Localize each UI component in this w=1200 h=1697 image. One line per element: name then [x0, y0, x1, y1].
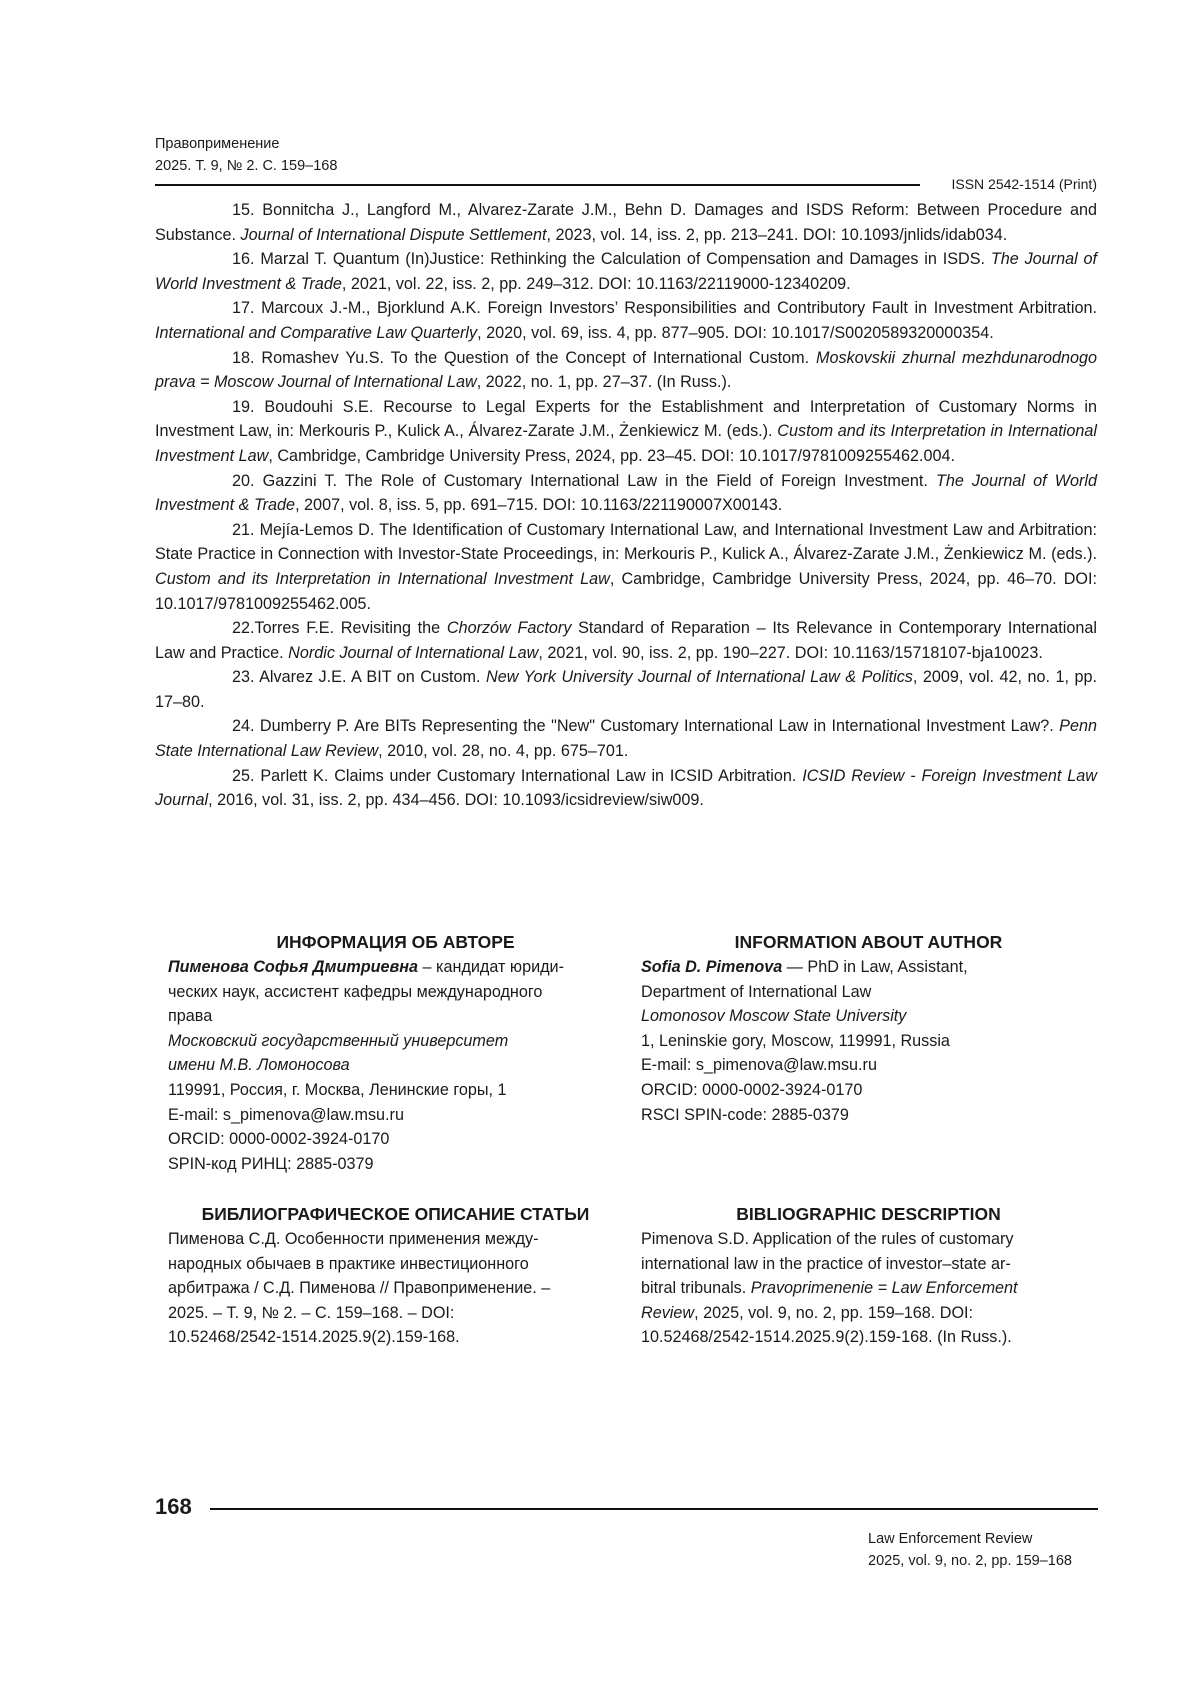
journal-name-cont: Review [641, 1304, 694, 1322]
biblio-text: bitral tribunals. [641, 1279, 751, 1297]
journal-title-ru: Правоприменение [155, 133, 337, 155]
orcid: ORCID: 0000-0002-3924-0170 [168, 1127, 623, 1152]
reference-number: 21. [232, 521, 260, 539]
header-rule [155, 184, 920, 186]
biblio-text: , 2025, vol. 9, no. 2, pp. 159–168. DOI: [694, 1304, 973, 1322]
reference-number: 24. [232, 717, 260, 735]
reference-text: , 2007, vol. 8, iss. 5, pp. 691–715. DOI… [295, 496, 782, 514]
reference-text: Parlett K. Claims under Customary Intern… [260, 767, 802, 785]
author-name: Пименова Софья Дмитриевна [168, 958, 418, 976]
orcid: ORCID: 0000-0002-3924-0170 [641, 1078, 1096, 1103]
reference-text: , 2021, vol. 22, iss. 2, pp. 249–312. DO… [342, 275, 851, 293]
reference-item: 24. Dumberry P. Are BITs Representing th… [155, 714, 1097, 763]
reference-item: 16. Marzal T. Quantum (In)Justice: Rethi… [155, 247, 1097, 296]
bibliographic-description-ru: БИБЛИОГРАФИЧЕСКОЕ ОПИСАНИЕ СТАТЬИ Пимено… [168, 1202, 623, 1350]
reference-list: 15. Bonnitcha J., Langford M., Alvarez-Z… [155, 198, 1097, 813]
biblio-line: international law in the practice of inv… [641, 1252, 1096, 1277]
reference-item: 20. Gazzini T. The Role of Customary Int… [155, 469, 1097, 518]
journal-name: Pravoprimenenie = Law Enforcement [751, 1279, 1018, 1297]
reference-item: 22.Torres F.E. Revisiting the Chorzów Fa… [155, 616, 1097, 665]
reference-text: Alvarez J.E. A BIT on Custom. [259, 668, 486, 686]
reference-source: New York University Journal of Internati… [486, 668, 913, 686]
reference-text: Marzal T. Quantum (In)Justice: Rethinkin… [260, 250, 991, 268]
biblio-line: народных обычаев в практике инвестиционн… [168, 1252, 623, 1277]
reference-text: , 2022, no. 1, pp. 27–37. (In Russ.). [477, 373, 732, 391]
author-name: Sofia D. Pimenova [641, 958, 782, 976]
address: 1, Leninskie gory, Moscow, 119991, Russi… [641, 1029, 1096, 1054]
reference-text: Torres F.E. Revisiting the [255, 619, 447, 637]
university: Московский государственный университет [168, 1029, 623, 1054]
biblio-line: арбитража / С.Д. Пименова // Правопримен… [168, 1276, 623, 1301]
issue-info-en: 2025, vol. 9, no. 2, pp. 159–168 [868, 1550, 1072, 1572]
reference-text: , 2020, vol. 69, iss. 4, pp. 877–905. DO… [477, 324, 994, 342]
reference-item: 15. Bonnitcha J., Langford M., Alvarez-Z… [155, 198, 1097, 247]
running-header: Правоприменение 2025. Т. 9, № 2. С. 159–… [155, 133, 337, 177]
reference-source: Custom and its Interpretation in Interna… [155, 570, 610, 588]
section-title: БИБЛИОГРАФИЧЕСКОЕ ОПИСАНИЕ СТАТЬИ [168, 1202, 623, 1226]
author-position: ческих наук, ассистент кафедры междунаро… [168, 980, 623, 1005]
running-footer: Law Enforcement Review 2025, vol. 9, no.… [868, 1528, 1072, 1572]
reference-number: 15. [232, 201, 262, 219]
page-number: 168 [155, 1494, 192, 1520]
section-title: BIBLIOGRAPHIC DESCRIPTION [641, 1202, 1096, 1226]
reference-item: 21. Mejía-Lemos D. The Identification of… [155, 518, 1097, 616]
reference-item: 19. Boudouhi S.E. Recourse to Legal Expe… [155, 395, 1097, 469]
journal-title-en: Law Enforcement Review [868, 1528, 1072, 1550]
reference-text: Gazzini T. The Role of Customary Interna… [263, 472, 936, 490]
reference-source: Journal of International Dispute Settlem… [241, 226, 547, 244]
footer-rule [210, 1508, 1098, 1510]
email: E-mail: s_pimenova@law.msu.ru [641, 1053, 1096, 1078]
author-info-ru: ИНФОРМАЦИЯ ОБ АВТОРЕ Пименова Софья Дмит… [168, 930, 623, 1176]
biblio-line: 10.52468/2542-1514.2025.9(2).159-168. (I… [641, 1325, 1096, 1350]
university-cont: имени М.В. Ломоносова [168, 1053, 623, 1078]
reference-source: International and Comparative Law Quarte… [155, 324, 477, 342]
bibliographic-description-en: BIBLIOGRAPHIC DESCRIPTION Pimenova S.D. … [641, 1202, 1096, 1350]
reference-text: Marcoux J.-M., Bjorklund A.K. Foreign In… [261, 299, 1097, 317]
reference-text: , 2023, vol. 14, iss. 2, pp. 213–241. DO… [546, 226, 1007, 244]
reference-text: , 2010, vol. 28, no. 4, pp. 675–701. [378, 742, 628, 760]
issue-info-ru: 2025. Т. 9, № 2. С. 159–168 [155, 155, 337, 177]
reference-number: 25. [232, 767, 260, 785]
author-degree: — PhD in Law, Assistant, [782, 958, 967, 976]
reference-source: Chorzów Factory [447, 619, 572, 637]
reference-item: 23. Alvarez J.E. A BIT on Custom. New Yo… [155, 665, 1097, 714]
reference-text: , 2021, vol. 90, iss. 2, pp. 190–227. DO… [538, 644, 1043, 662]
biblio-line: Pimenova S.D. Application of the rules o… [641, 1227, 1096, 1252]
reference-item: 17. Marcoux J.-M., Bjorklund A.K. Foreig… [155, 296, 1097, 345]
author-degree: – кандидат юриди- [418, 958, 564, 976]
address: 119991, Россия, г. Москва, Ленинские гор… [168, 1078, 623, 1103]
reference-text: Romashev Yu.S. To the Question of the Co… [261, 349, 816, 367]
reference-number: 18. [232, 349, 261, 367]
reference-number: 22. [232, 619, 255, 637]
reference-source: Nordic Journal of International Law [288, 644, 538, 662]
email: E-mail: s_pimenova@law.msu.ru [168, 1103, 623, 1128]
reference-text: Dumberry P. Are BITs Representing the "N… [260, 717, 1059, 735]
reference-text: , Cambridge, Cambridge University Press,… [268, 447, 955, 465]
issn: ISSN 2542-1514 (Print) [951, 176, 1097, 192]
biblio-line: 2025. – Т. 9, № 2. – С. 159–168. – DOI: [168, 1301, 623, 1326]
author-info-en: INFORMATION ABOUT AUTHOR Sofia D. Pimeno… [641, 930, 1096, 1127]
reference-number: 19. [232, 398, 264, 416]
biblio-line: 10.52468/2542-1514.2025.9(2).159-168. [168, 1325, 623, 1350]
section-title: ИНФОРМАЦИЯ ОБ АВТОРЕ [168, 930, 623, 954]
reference-text: , 2016, vol. 31, iss. 2, pp. 434–456. DO… [208, 791, 704, 809]
author-position-cont: права [168, 1004, 623, 1029]
university: Lomonosov Moscow State University [641, 1004, 1096, 1029]
reference-text: Mejía-Lemos D. The Identification of Cus… [155, 521, 1097, 564]
reference-item: 25. Parlett K. Claims under Customary In… [155, 764, 1097, 813]
reference-number: 20. [232, 472, 263, 490]
reference-item: 18. Romashev Yu.S. To the Question of th… [155, 346, 1097, 395]
section-title: INFORMATION ABOUT AUTHOR [641, 930, 1096, 954]
spin-code: RSCI SPIN-code: 2885-0379 [641, 1103, 1096, 1128]
author-department: Department of International Law [641, 980, 1096, 1005]
reference-number: 17. [232, 299, 261, 317]
reference-number: 16. [232, 250, 260, 268]
spin-code: SPIN-код РИНЦ: 2885-0379 [168, 1152, 623, 1177]
biblio-line: Пименова С.Д. Особенности применения меж… [168, 1227, 623, 1252]
reference-number: 23. [232, 668, 259, 686]
